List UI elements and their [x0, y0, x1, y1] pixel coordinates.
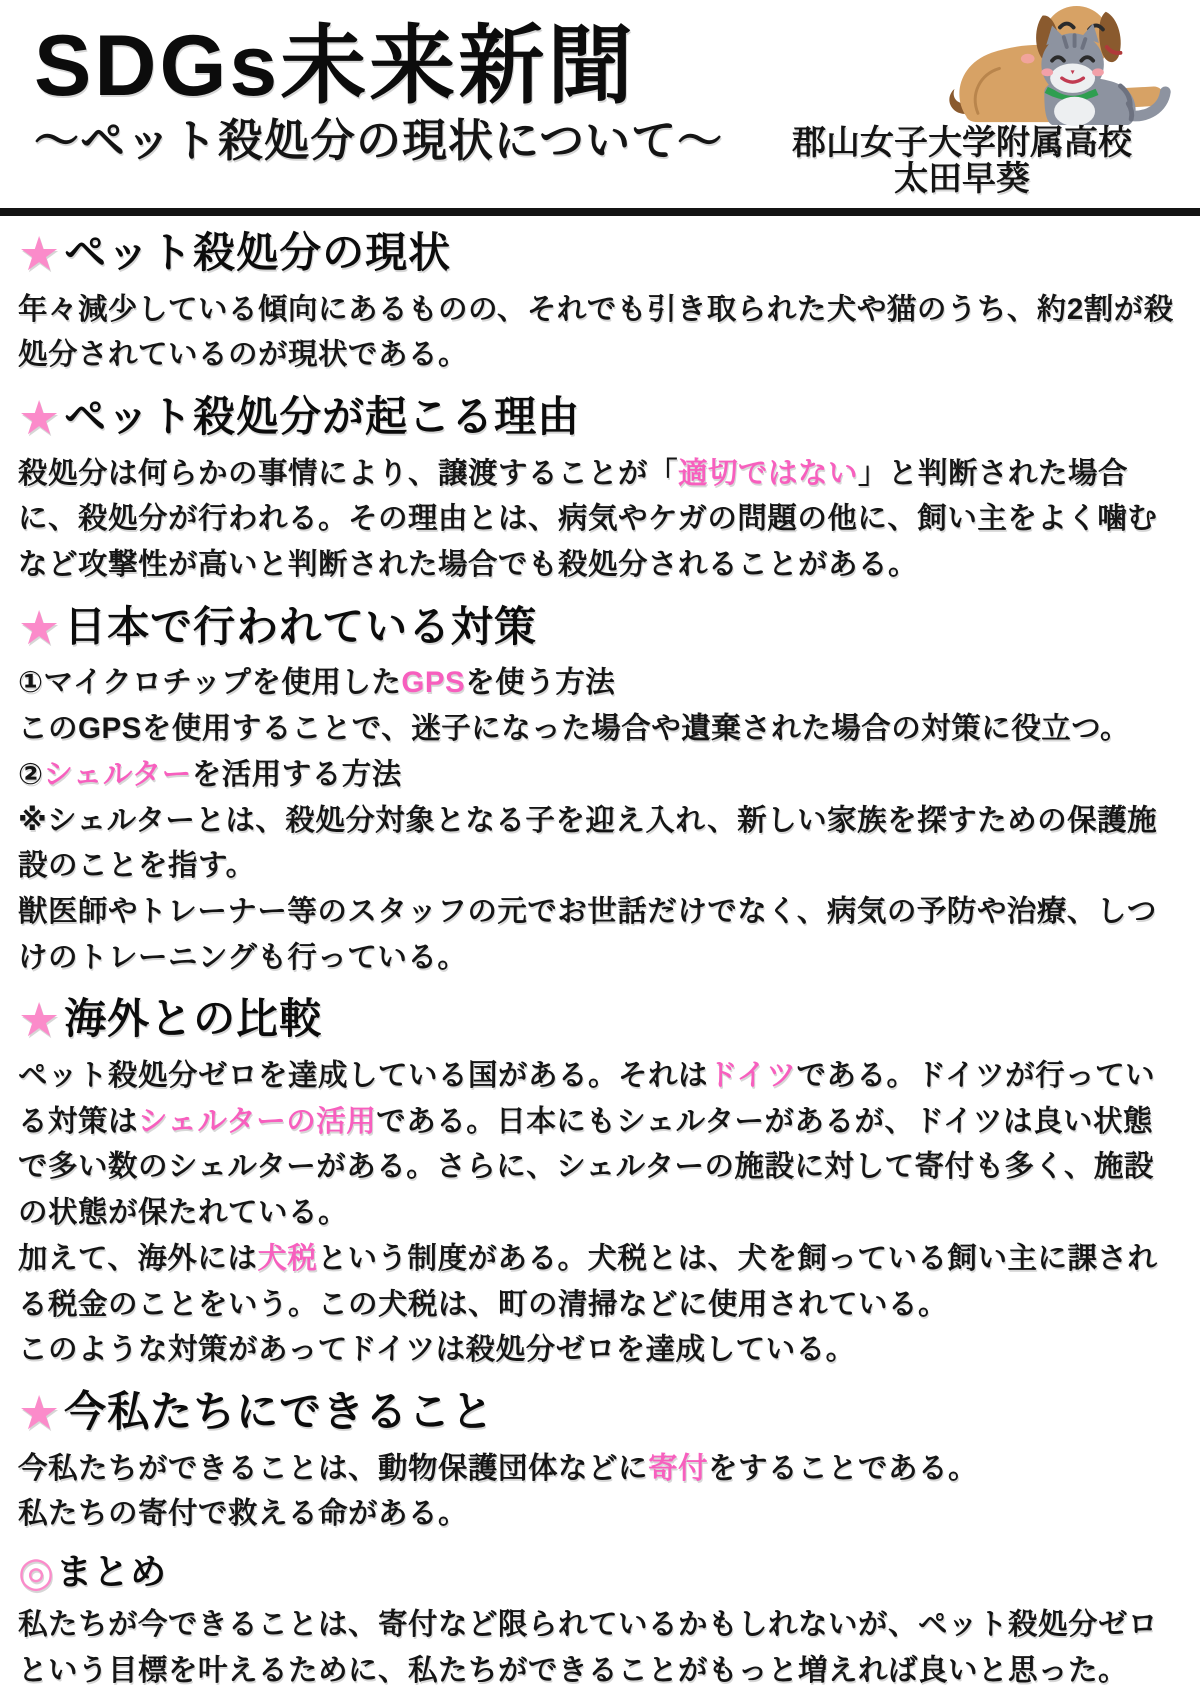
text-segment: 年々減少している傾向にあるものの、それでも引き取られた犬や猫のうち、約2割が殺処…: [18, 293, 1174, 372]
highlighted-text: 犬税: [257, 1242, 317, 1275]
header-divider: [0, 208, 1200, 216]
section-heading-text: ペット殺処分の現状: [64, 226, 451, 281]
school-name: 郡山女子大学附属高校: [742, 126, 1182, 162]
highlighted-text: シェルターの活用: [138, 1105, 376, 1138]
paragraph: このGPSを使用することで、迷子になった場合や遺棄された場合の対策に役立つ。: [18, 706, 1180, 752]
section-heading: ★ ペット殺処分の現状: [18, 226, 1180, 281]
text-segment: ※シェルターとは、殺処分対象となる子を迎え入れ、新しい家族を探すための保護施設の…: [18, 804, 1157, 883]
text-segment: ペット殺処分ゼロを達成している国がある。それは: [18, 1059, 708, 1092]
text-segment: を使う方法: [465, 666, 615, 699]
text-segment: このような対策があってドイツは殺処分ゼロを達成している。: [18, 1333, 856, 1366]
section-heading-text: 今私たちにできること: [64, 1385, 494, 1440]
paragraph: このような対策があってドイツは殺処分ゼロを達成している。: [18, 1327, 1180, 1373]
section-marker-icon: ★: [18, 394, 61, 441]
article-section: ★ 日本で行われている対策 ①マイクロチップを使用したGPSを使う方法このGPS…: [18, 600, 1180, 981]
section-heading: ★ ペット殺処分が起こる理由: [18, 390, 1180, 445]
section-marker-icon: ★: [18, 604, 61, 651]
newspaper-page: SDGs未来新聞 〜ペット殺処分の現状について〜: [0, 0, 1200, 1695]
article-section: ★ ペット殺処分が起こる理由 殺処分は何らかの事情により、譲渡することが「適切で…: [18, 390, 1180, 588]
paragraph: 加えて、海外には犬税という制度がある。犬税とは、犬を飼っている飼い主に課される税…: [18, 1236, 1180, 1327]
section-marker-icon: ◎: [18, 1552, 55, 1593]
text-segment: ①マイクロチップを使用した: [18, 666, 401, 699]
paragraph: ①マイクロチップを使用したGPSを使う方法: [18, 660, 1180, 706]
text-segment: 殺処分は何らかの事情により、譲渡することが「: [18, 457, 678, 490]
paragraph: ※シェルターとは、殺処分対象となる子を迎え入れ、新しい家族を探すための保護施設の…: [18, 798, 1180, 889]
text-segment: を活用する方法: [192, 758, 402, 791]
section-marker-icon: ★: [18, 1389, 61, 1436]
highlighted-text: 寄付: [648, 1452, 708, 1485]
text-segment: ②: [18, 758, 43, 791]
page-subtitle: 〜ペット殺処分の現状について〜: [34, 116, 723, 166]
paragraph: 今私たちができることは、動物保護団体などに寄付をすることである。: [18, 1446, 1180, 1492]
text-segment: このGPSを使用することで、迷子になった場合や遺棄された場合の対策に役立つ。: [18, 712, 1130, 745]
section-heading-text: ペット殺処分が起こる理由: [64, 390, 580, 445]
highlighted-text: 適切ではない: [678, 457, 858, 490]
text-segment: 獣医師やトレーナー等のスタッフの元でお世話だけでなく、病気の予防や治療、しつけの…: [18, 895, 1157, 974]
section-heading-text: 日本で行われている対策: [64, 600, 537, 655]
article-section: ◎ まとめ 私たちが今できることは、寄付など限られているかもしれないが、ペット殺…: [18, 1549, 1180, 1693]
paragraph: ペット殺処分ゼロを達成している国がある。それはドイツである。ドイツが行っている対…: [18, 1053, 1180, 1236]
section-marker-icon: ★: [18, 996, 61, 1043]
text-segment: 今私たちができることは、動物保護団体などに: [18, 1452, 648, 1485]
paragraph: 年々減少している傾向にあるものの、それでも引き取られた犬や猫のうち、約2割が殺処…: [18, 287, 1180, 378]
dog-and-cat-illustration: [942, 4, 1172, 126]
byline-block: 郡山女子大学附属高校 太田早葵: [742, 4, 1182, 197]
highlighted-text: シェルター: [43, 758, 191, 791]
text-segment: 加えて、海外には: [18, 1242, 257, 1275]
section-heading-text: まとめ: [56, 1549, 167, 1596]
paragraph: 私たちの寄付で救える命がある。: [18, 1491, 1180, 1537]
section-marker-icon: ★: [18, 230, 61, 277]
article-section: ★ 海外との比較 ペット殺処分ゼロを達成している国がある。それはドイツである。ド…: [18, 992, 1180, 1373]
section-heading: ◎ まとめ: [18, 1549, 1180, 1596]
author-name: 太田早葵: [742, 162, 1182, 198]
section-heading-text: 海外との比較: [64, 992, 322, 1047]
title-block: SDGs未来新聞 〜ペット殺処分の現状について〜: [34, 18, 723, 166]
paragraph: 私たちが今できることは、寄付など限られているかもしれないが、ペット殺処分ゼロとい…: [18, 1602, 1180, 1693]
highlighted-text: ドイツ: [708, 1059, 797, 1092]
article-section: ★ 今私たちにできること 今私たちができることは、動物保護団体などに寄付をするこ…: [18, 1385, 1180, 1537]
header: SDGs未来新聞 〜ペット殺処分の現状について〜: [0, 0, 1200, 208]
article-body: ★ ペット殺処分の現状 年々減少している傾向にあるものの、それでも引き取られた犬…: [0, 216, 1200, 1693]
paragraph: 殺処分は何らかの事情により、譲渡することが「適切ではない」と判断された場合に、殺…: [18, 451, 1180, 588]
paragraph: ②シェルターを活用する方法: [18, 752, 1180, 798]
text-segment: 私たちの寄付で救える命がある。: [18, 1497, 468, 1530]
page-title: SDGs未来新聞: [34, 18, 723, 114]
section-heading: ★ 日本で行われている対策: [18, 600, 1180, 655]
text-segment: 私たちが今できることは、寄付など限られているかもしれないが、ペット殺処分ゼロとい…: [18, 1608, 1158, 1687]
highlighted-text: GPS: [401, 666, 465, 699]
article-section: ★ ペット殺処分の現状 年々減少している傾向にあるものの、それでも引き取られた犬…: [18, 226, 1180, 378]
paragraph: 獣医師やトレーナー等のスタッフの元でお世話だけでなく、病気の予防や治療、しつけの…: [18, 889, 1180, 980]
section-heading: ★ 今私たちにできること: [18, 1385, 1180, 1440]
text-segment: をすることである。: [708, 1452, 978, 1485]
section-heading: ★ 海外との比較: [18, 992, 1180, 1047]
